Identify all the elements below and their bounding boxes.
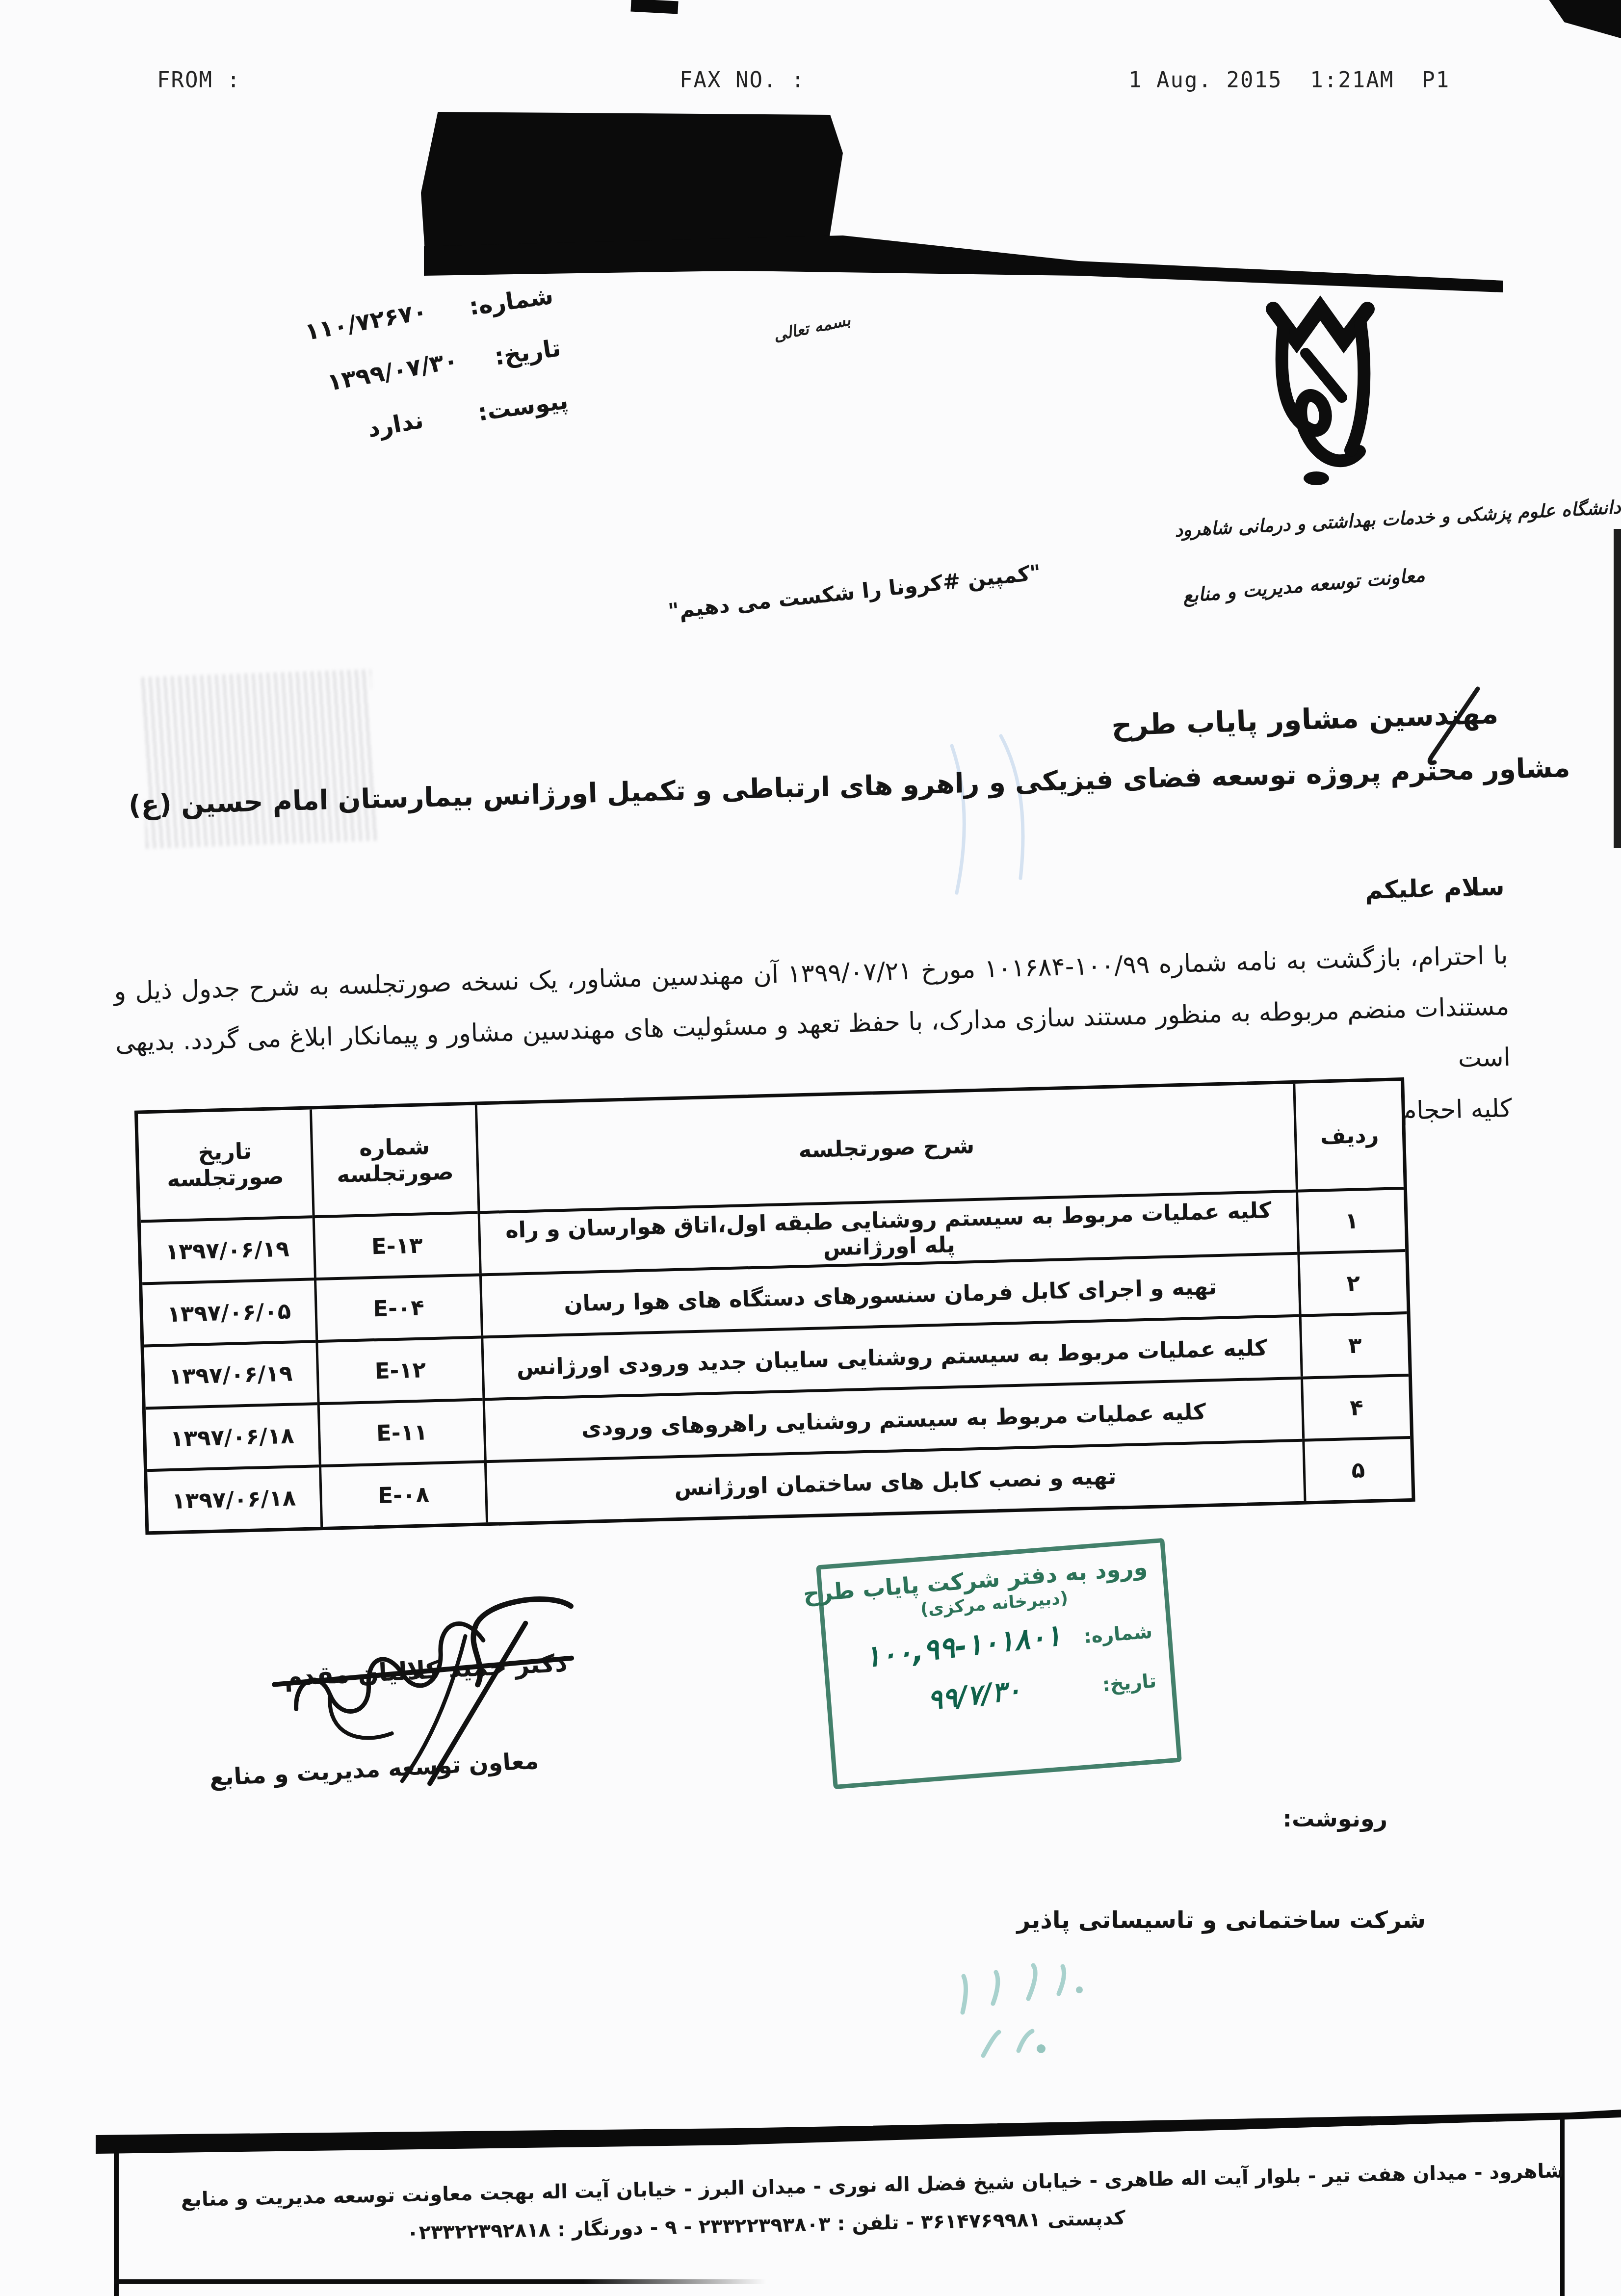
stamp-number-row: شماره: ۱۰۰,۹۹-۱۰۱۸۰۱ bbox=[841, 1614, 1154, 1673]
slogan-text: "کمپین #کرونا را شکست می دهیم" bbox=[667, 560, 1042, 624]
table-cell-date: ۱۳۹۷/۰۶/۱۹ bbox=[144, 1340, 317, 1407]
edge-scan-mark bbox=[630, 0, 678, 14]
footer-right-border bbox=[1560, 2115, 1565, 2296]
table-cell-date: ۱۳۹۷/۰۶/۱۸ bbox=[147, 1464, 320, 1531]
faint-pen-marks bbox=[932, 726, 1094, 913]
minutes-table: ردیف شرح صورتجلسه شماره صورتجلسه تاریخ ص… bbox=[134, 1077, 1415, 1535]
entry-stamp: ورود به دفتر شرکت پایاب طرح (دبیرخانه مر… bbox=[816, 1538, 1182, 1789]
stamp-date-label: تاریخ: bbox=[1101, 1670, 1157, 1696]
table-cell-number: E-۱۳ bbox=[313, 1211, 479, 1278]
university-logo-icon bbox=[1258, 294, 1386, 500]
table-header-desc: شرح صورتجلسه bbox=[475, 1084, 1296, 1211]
stamp-number-value: ۱۰۰,۹۹-۱۰۱۸۰۱ bbox=[841, 1616, 1086, 1677]
footer-contact: کدپستی ۳۶۱۴۷۶۹۹۸۱ - تلفن : ۲۳۳۲۲۳۹۳۸۰۳ -… bbox=[407, 2207, 1125, 2244]
stamp-number-label: شماره: bbox=[1083, 1620, 1153, 1648]
table-cell-number: E-۱۱ bbox=[317, 1398, 484, 1464]
table-cell-number: E-۰۴ bbox=[314, 1273, 481, 1340]
cc-label: رونوشت: bbox=[1282, 1805, 1387, 1832]
corner-scan-mark bbox=[1544, 0, 1621, 38]
table-cell-number: E-۱۲ bbox=[315, 1335, 482, 1402]
table-cell-date: ۱۳۹۷/۰۶/۱۸ bbox=[146, 1402, 319, 1469]
table-cell-date: ۱۳۹۷/۰۶/۱۹ bbox=[141, 1215, 314, 1282]
table-header-number: شماره صورتجلسه bbox=[310, 1105, 478, 1216]
letter-meta-block: شماره: ۱۱۰/۷۲۶۷۰ تاریخ: ۱۳۹۹/۰۷/۳۰ پیوست… bbox=[153, 282, 573, 496]
meta-date-label: تاریخ: bbox=[493, 334, 562, 370]
org-name-line: دانشگاه علوم پزشکی و خدمات بهداشتی و درم… bbox=[1174, 496, 1621, 541]
right-edge-artifact bbox=[1614, 529, 1621, 848]
fax-timestamp: 1 Aug. 2015 1:21AM P1 bbox=[1128, 68, 1450, 93]
footer-bottom-border bbox=[114, 2279, 766, 2284]
org-deputy-line: معاونت توسعه مدیریت و منابع bbox=[1182, 564, 1426, 607]
ink-bleed-marks bbox=[932, 1953, 1143, 2070]
salutation-text: سلام علیکم bbox=[1364, 872, 1505, 904]
table-header-date: تاریخ صورتجلسه bbox=[138, 1109, 313, 1220]
signature-block: دکتر حمید کلالیان مقدم معاون توسعه مدیری… bbox=[206, 1575, 599, 1805]
meta-date-value: ۱۳۹۹/۰۷/۳۰ bbox=[325, 346, 460, 396]
fax-smudge-artifact bbox=[140, 669, 377, 849]
table-cell-rownum: ۲ bbox=[1297, 1249, 1407, 1314]
stamp-date-row: تاریخ: ۹۹/۷/۳۰ bbox=[845, 1665, 1157, 1722]
cc-item: شرکت ساختمانی و تاسیساتی پاذیر bbox=[1017, 1906, 1426, 1934]
table-cell-rownum: ۳ bbox=[1299, 1311, 1409, 1377]
footer-top-border bbox=[0, 2108, 1621, 2162]
table-header-row-num: ردیف bbox=[1293, 1081, 1404, 1190]
fax-document-page: FROM : FAX NO. : 1 Aug. 2015 1:21AM P1 ب… bbox=[0, 0, 1621, 2296]
table-cell-rownum: ۴ bbox=[1301, 1374, 1410, 1439]
fax-number-label: FAX NO. : bbox=[680, 68, 805, 93]
table-cell-rownum: ۵ bbox=[1302, 1436, 1412, 1501]
fax-from-label: FROM : bbox=[157, 68, 241, 93]
meta-attachment-value: ندارد bbox=[366, 406, 425, 443]
footer-address: شاهرود - میدان هفت تیر - بلوار آیت اله ط… bbox=[181, 2160, 1564, 2211]
footer-left-border bbox=[114, 2135, 119, 2296]
meta-number-value: ۱۱۰/۷۲۶۷۰ bbox=[303, 297, 429, 346]
stamp-date-value: ۹۹/۷/۳۰ bbox=[845, 1665, 1104, 1726]
table-cell-date: ۱۳۹۷/۰۶/۰۵ bbox=[142, 1278, 315, 1344]
meta-attachment-label: پیوست: bbox=[476, 387, 570, 426]
table-cell-rownum: ۱ bbox=[1296, 1187, 1405, 1252]
bismillah-text: بسمه تعالی bbox=[772, 310, 852, 345]
table-cell-number: E-۰۸ bbox=[319, 1460, 486, 1527]
